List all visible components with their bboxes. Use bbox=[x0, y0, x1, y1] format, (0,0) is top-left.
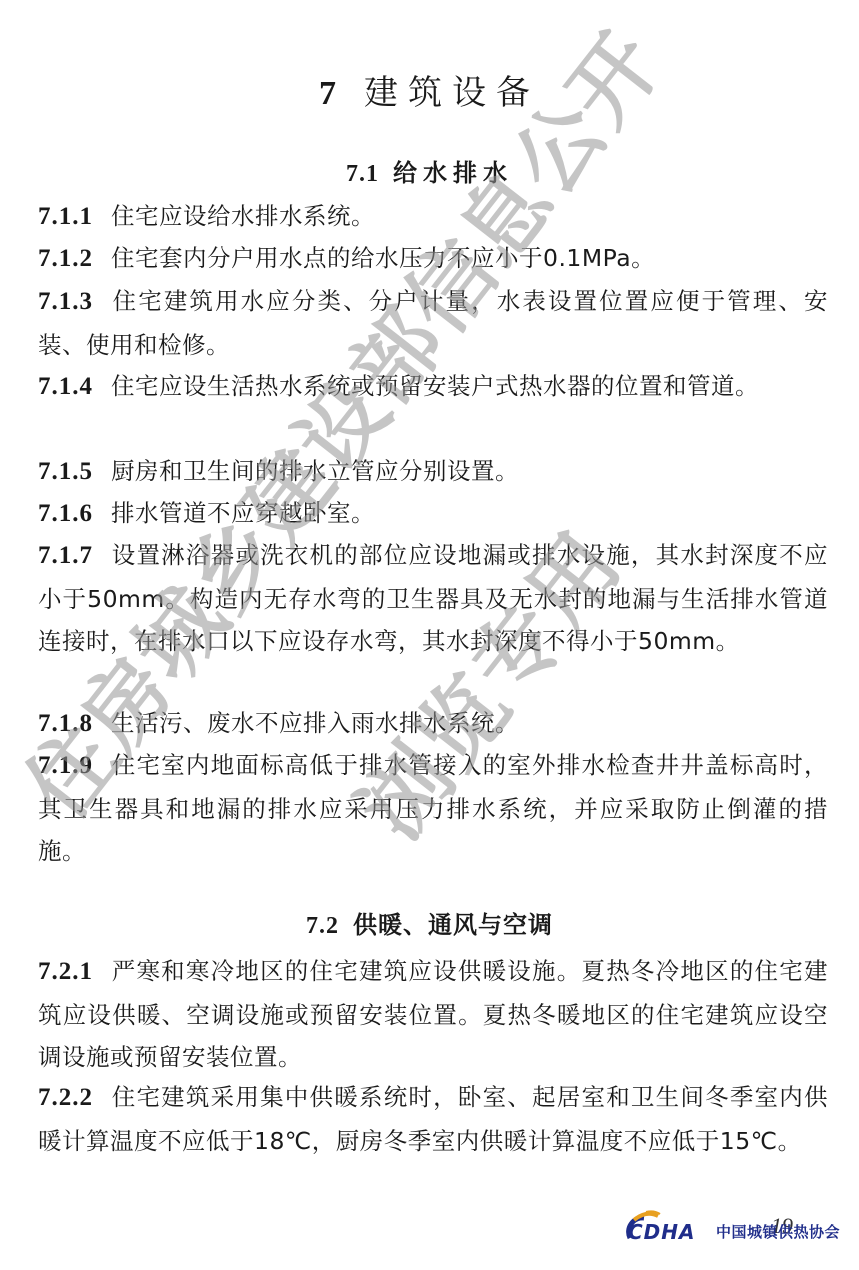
clause-7-1-2: 7.1.2住宅套内分户用水点的给水压力不应小于0.1MPa。 bbox=[38, 237, 828, 281]
clause-7-2-2: 7.2.2住宅建筑采用集中供暖系统时，卧室、起居室和卫生间冬季室内供暖计算温度不… bbox=[38, 1076, 828, 1162]
document-page: 7建筑设备 7.1给水排水 7.1.1住宅应设给水排水系统。 7.1.2住宅套内… bbox=[0, 0, 859, 1270]
clause-number: 7.2.2 bbox=[38, 1084, 93, 1111]
logo-text: CDHA bbox=[628, 1220, 696, 1244]
clause-7-1-7: 7.1.7设置淋浴器或洗衣机的部位应设地漏或排水设施，其水封深度不应小于50mm… bbox=[38, 534, 828, 663]
clause-number: 7.1.7 bbox=[38, 542, 93, 569]
clause-7-1-8: 7.1.8生活污、废水不应排入雨水排水系统。 bbox=[38, 702, 828, 746]
clause-number: 7.1.8 bbox=[38, 710, 93, 737]
clause-number: 7.1.2 bbox=[38, 245, 93, 272]
clause-text: 住宅套内分户用水点的给水压力不应小于0.1MPa。 bbox=[111, 244, 655, 272]
clause-7-1-3: 7.1.3住宅建筑用水应分类、分户计量，水表设置位置应便于管理、安装、使用和检修… bbox=[38, 280, 828, 366]
org-name: 中国城镇供热协会 bbox=[716, 1221, 840, 1242]
section-title-text: 给水排水 bbox=[393, 159, 513, 187]
clause-number: 7.1.5 bbox=[38, 458, 93, 485]
clause-text: 排水管道不应穿越卧室。 bbox=[111, 499, 375, 527]
clause-7-2-1: 7.2.1严寒和寒冷地区的住宅建筑应设供暖设施。夏热冬冷地区的住宅建筑应设供暖、… bbox=[38, 950, 828, 1079]
chapter-number: 7 bbox=[319, 75, 346, 112]
clause-text: 住宅应设给水排水系统。 bbox=[111, 202, 375, 230]
chapter-title-text: 建筑设备 bbox=[364, 73, 540, 113]
footer-logo: CDHA 中国城镇供热协会 bbox=[620, 1208, 840, 1248]
clause-number: 7.1.4 bbox=[38, 373, 93, 400]
clause-number: 7.1.1 bbox=[38, 203, 93, 230]
clause-7-1-4: 7.1.4住宅应设生活热水系统或预留安装户式热水器的位置和管道。 bbox=[38, 365, 828, 409]
chapter-title: 7建筑设备 bbox=[0, 65, 859, 114]
section-title-7-2: 7.2供暖、通风与空调 bbox=[0, 905, 859, 940]
clause-text: 严寒和寒冷地区的住宅建筑应设供暖设施。夏热冬冷地区的住宅建筑应设供暖、空调设施或… bbox=[38, 957, 828, 1071]
clause-text: 生活污、废水不应排入雨水排水系统。 bbox=[111, 709, 519, 737]
clause-number: 7.1.9 bbox=[38, 752, 93, 779]
cdha-logo-icon: CDHA bbox=[620, 1208, 710, 1248]
clause-text: 住宅室内地面标高低于排水管接入的室外排水检查井井盖标高时，其卫生器具和地漏的排水… bbox=[38, 751, 828, 865]
section-title-7-1: 7.1给水排水 bbox=[0, 153, 859, 188]
clause-text: 住宅建筑采用集中供暖系统时，卧室、起居室和卫生间冬季室内供暖计算温度不应低于18… bbox=[38, 1083, 828, 1155]
clause-7-1-9: 7.1.9住宅室内地面标高低于排水管接入的室外排水检查井井盖标高时，其卫生器具和… bbox=[38, 744, 828, 873]
clause-number: 7.1.6 bbox=[38, 500, 93, 527]
clause-text: 厨房和卫生间的排水立管应分别设置。 bbox=[111, 457, 519, 485]
clause-text: 住宅建筑用水应分类、分户计量，水表设置位置应便于管理、安装、使用和检修。 bbox=[38, 287, 828, 359]
clause-text: 住宅应设生活热水系统或预留安装户式热水器的位置和管道。 bbox=[111, 372, 759, 400]
clause-number: 7.2.1 bbox=[38, 958, 93, 985]
clause-number: 7.1.3 bbox=[38, 288, 93, 315]
section-number: 7.2 bbox=[306, 913, 339, 939]
section-title-text: 供暖、通风与空调 bbox=[353, 911, 553, 939]
clause-7-1-5: 7.1.5厨房和卫生间的排水立管应分别设置。 bbox=[38, 450, 828, 494]
clause-7-1-6: 7.1.6排水管道不应穿越卧室。 bbox=[38, 492, 828, 536]
section-number: 7.1 bbox=[346, 161, 379, 187]
clause-7-1-1: 7.1.1住宅应设给水排水系统。 bbox=[38, 195, 828, 239]
clause-text: 设置淋浴器或洗衣机的部位应设地漏或排水设施，其水封深度不应小于50mm。构造内无… bbox=[38, 541, 828, 655]
